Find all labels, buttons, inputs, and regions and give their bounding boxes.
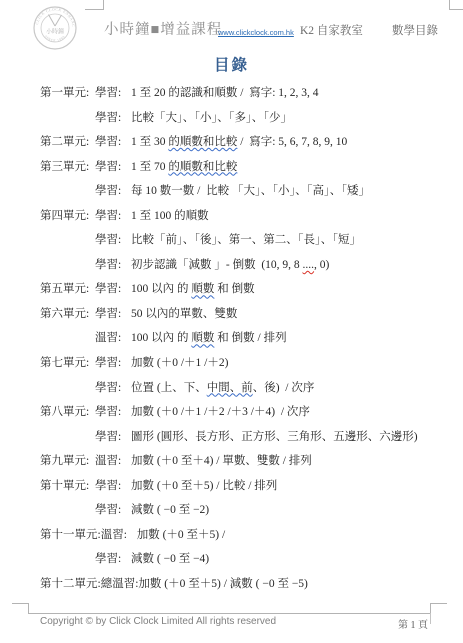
line-content: 1 至 20 的認識和順數 / 寫字: 1, 2, 3, 4 — [131, 81, 457, 106]
line-content: 加數 (＋0 至＋4) / 單數、雙數 / 排列 — [131, 449, 457, 474]
toc-row: 學習:圖形 (圓形、長方形、正方形、三角形、五邊形、六邊形) — [40, 425, 457, 450]
footer-left-mark — [12, 603, 28, 604]
top-right-margin-mark — [449, 0, 463, 10]
line-content: 減數 ( −0 至 −2) — [131, 498, 457, 523]
line-content: 加數 (＋0 /＋1 /＋2) — [131, 351, 457, 376]
line-content: 加數 (＋0 至＋5) / 減數 ( −0 至 −5) — [138, 572, 457, 597]
toc-row: 學習:減數 ( −0 至 −2) — [40, 498, 457, 523]
line-content: 初步認識「減數 」- 倒數 (10, 9, 8 ...., 0) — [131, 253, 457, 278]
logo-outer-ring — [34, 7, 76, 49]
svg-text:SINCE 1999: SINCE 1999 — [44, 35, 66, 43]
activity-label: 學習: — [95, 228, 131, 253]
line-content: 加數 (＋0 至＋5) / 比較 / 排列 — [131, 474, 457, 499]
activity-label: 學習: — [95, 81, 131, 106]
top-left-margin-mark — [85, 0, 104, 10]
toc-row: 第七單元:學習:加數 (＋0 /＋1 /＋2) — [40, 351, 457, 376]
spellcheck-blue-underline: 順數 — [191, 283, 214, 295]
activity-label: 學習: — [95, 400, 131, 425]
unit-label — [40, 228, 95, 253]
line-content: 比較「前」、「後」、第一、第二、「長」、「短」 — [131, 228, 457, 253]
activity-label: 溫習: — [95, 326, 131, 351]
footer-right-mark — [430, 603, 447, 604]
activity-label: 學習: — [95, 302, 131, 327]
toc-row: 學習:比較「前」、「後」、第一、第二、「長」、「短」 — [40, 228, 457, 253]
footer-boundary-line — [28, 613, 430, 614]
line-content: 100 以內 的 順數 和 倒數 — [131, 277, 457, 302]
unit-label: 第三單元: — [40, 155, 95, 180]
unit-label — [40, 498, 95, 523]
line-content: 1 至 100 的順數 — [131, 204, 457, 229]
activity-label: 學習: — [95, 130, 131, 155]
unit-label: 第十單元: — [40, 474, 95, 499]
toc-row: 第九單元:溫習:加數 (＋0 至＋4) / 單數、雙數 / 排列 — [40, 449, 457, 474]
toc-row: 第四單元:學習:1 至 100 的順數 — [40, 204, 457, 229]
activity-label: 學習: — [95, 474, 131, 499]
line-content: 每 10 數一數 / 比較 「大」、「小」、「高」、「矮」 — [131, 179, 457, 204]
line-content: 1 至 30 的順數和比較 / 寫字: 5, 6, 7, 8, 9, 10 — [131, 130, 457, 155]
toc-row: 學習:每 10 數一數 / 比較 「大」、「小」、「高」、「矮」 — [40, 179, 457, 204]
course-level-label: K2 自家教室 — [300, 22, 363, 38]
activity-label: 學習: — [95, 498, 131, 523]
spellcheck-blue-underline: 中間、前 — [207, 382, 253, 394]
spellcheck-blue-underline: 的順數和比較 — [168, 136, 237, 148]
toc-list: 第一單元:學習:1 至 20 的認識和順數 / 寫字: 1, 2, 3, 4學習… — [40, 81, 457, 596]
line-content: 加數 (＋0 /＋1 /＋2 /＋3 /＋4) / 次序 — [131, 400, 457, 425]
toc-row: 學習:比較「大」、「小」、「多」、「少」 — [40, 106, 457, 131]
toc-row: 學習:位置 (上、下、中間、前、後) / 次序 — [40, 376, 457, 401]
unit-label — [40, 106, 95, 131]
toc-row: 第二單元:學習:1 至 30 的順數和比較 / 寫字: 5, 6, 7, 8, … — [40, 130, 457, 155]
spellcheck-blue-underline: 的順數和比較 — [168, 161, 237, 173]
page-title: 目錄 — [0, 53, 463, 75]
line-content: 比較「大」、「小」、「多」、「少」 — [131, 106, 457, 131]
unit-label: 第六單元: — [40, 302, 95, 327]
spellcheck-blue-underline: 順數 — [191, 332, 214, 344]
website-link[interactable]: www.clickclock.com.hk — [218, 28, 294, 37]
line-content: 圖形 (圓形、長方形、正方形、三角形、五邊形、六邊形) — [131, 425, 457, 450]
unit-label: 第一單元: — [40, 81, 95, 106]
activity-label: 學習: — [95, 179, 131, 204]
unit-label: 第四單元: — [40, 204, 95, 229]
unit-label — [40, 425, 95, 450]
line-content: 100 以內 的 順數 和 倒數 / 排列 — [131, 326, 457, 351]
document-page: CLICK CLOCK ENHANCEMENT SINCE 1999 小時鐘 小… — [0, 0, 463, 643]
toc-row: 第十單元:學習:加數 (＋0 至＋5) / 比較 / 排列 — [40, 474, 457, 499]
clock-stamp-logo: CLICK CLOCK ENHANCEMENT SINCE 1999 小時鐘 — [32, 5, 78, 56]
activity-label: 學習: — [95, 155, 131, 180]
activity-label: 學習: — [95, 376, 131, 401]
toc-row: 第三單元:學習:1 至 70 的順數和比較 — [40, 155, 457, 180]
activity-label: 學習: — [95, 277, 131, 302]
unit-label: 第七單元: — [40, 351, 95, 376]
unit-label: 第五單元: — [40, 277, 95, 302]
unit-label: 第八單元: — [40, 400, 95, 425]
activity-label: 學習: — [95, 547, 131, 572]
unit-label: 第十一單元: — [40, 523, 101, 548]
unit-label — [40, 326, 95, 351]
unit-label: 第二單元: — [40, 130, 95, 155]
activity-label: 學習: — [95, 425, 131, 450]
clock-hands-icon — [49, 15, 62, 27]
toc-row: 第一單元:學習:1 至 20 的認識和順數 / 寫字: 1, 2, 3, 4 — [40, 81, 457, 106]
unit-label: 第九單元: — [40, 449, 95, 474]
activity-label: 總溫習: — [101, 572, 139, 597]
activity-label: 溫習: — [101, 523, 137, 548]
footer-right-tick — [430, 613, 431, 624]
toc-row: 學習:初步認識「減數 」- 倒數 (10, 9, 8 ...., 0) — [40, 253, 457, 278]
toc-row: 溫習:100 以內 的 順數 和 倒數 / 排列 — [40, 326, 457, 351]
line-content: 加數 (＋0 至＋5) / — [137, 523, 457, 548]
spellcheck-red-underline: .... — [303, 259, 315, 271]
line-content: 1 至 70 的順數和比較 — [131, 155, 457, 180]
activity-label: 學習: — [95, 253, 131, 278]
toc-row: 第六單元:學習:50 以內的單數、雙數 — [40, 302, 457, 327]
unit-label — [40, 253, 95, 278]
unit-label — [40, 376, 95, 401]
activity-label: 溫習: — [95, 449, 131, 474]
toc-row: 第八單元:學習:加數 (＋0 /＋1 /＋2 /＋3 /＋4) / 次序 — [40, 400, 457, 425]
unit-label — [40, 547, 95, 572]
activity-label: 學習: — [95, 351, 131, 376]
toc-row: 第十二單元:總溫習:加數 (＋0 至＋5) / 減數 ( −0 至 −5) — [40, 572, 457, 597]
unit-label — [40, 179, 95, 204]
footer-copyright: Copyright © by Click Clock Limited — [40, 616, 194, 627]
activity-label: 學習: — [95, 106, 131, 131]
page-number: 第 1 頁 — [388, 616, 428, 631]
line-content: 減數 ( −0 至 −4) — [131, 547, 457, 572]
toc-row: 第十一單元:溫習:加數 (＋0 至＋5) / — [40, 523, 457, 548]
subject-label: 數學目錄 — [392, 22, 438, 38]
line-content: 位置 (上、下、中間、前、後) / 次序 — [131, 376, 457, 401]
toc-row: 第五單元:學習:100 以內 的 順數 和 倒數 — [40, 277, 457, 302]
footer-rights: All rights reserved — [196, 616, 276, 627]
logo-ring-bottom-text: SINCE 1999 — [44, 35, 66, 43]
line-content: 50 以內的單數、雙數 — [131, 302, 457, 327]
brand-title: 小時鐘■增益課程 — [104, 18, 222, 39]
toc-row: 學習:減數 ( −0 至 −4) — [40, 547, 457, 572]
logo-center-text: 小時鐘 — [46, 28, 64, 36]
unit-label: 第十二單元: — [40, 572, 101, 597]
activity-label: 學習: — [95, 204, 131, 229]
